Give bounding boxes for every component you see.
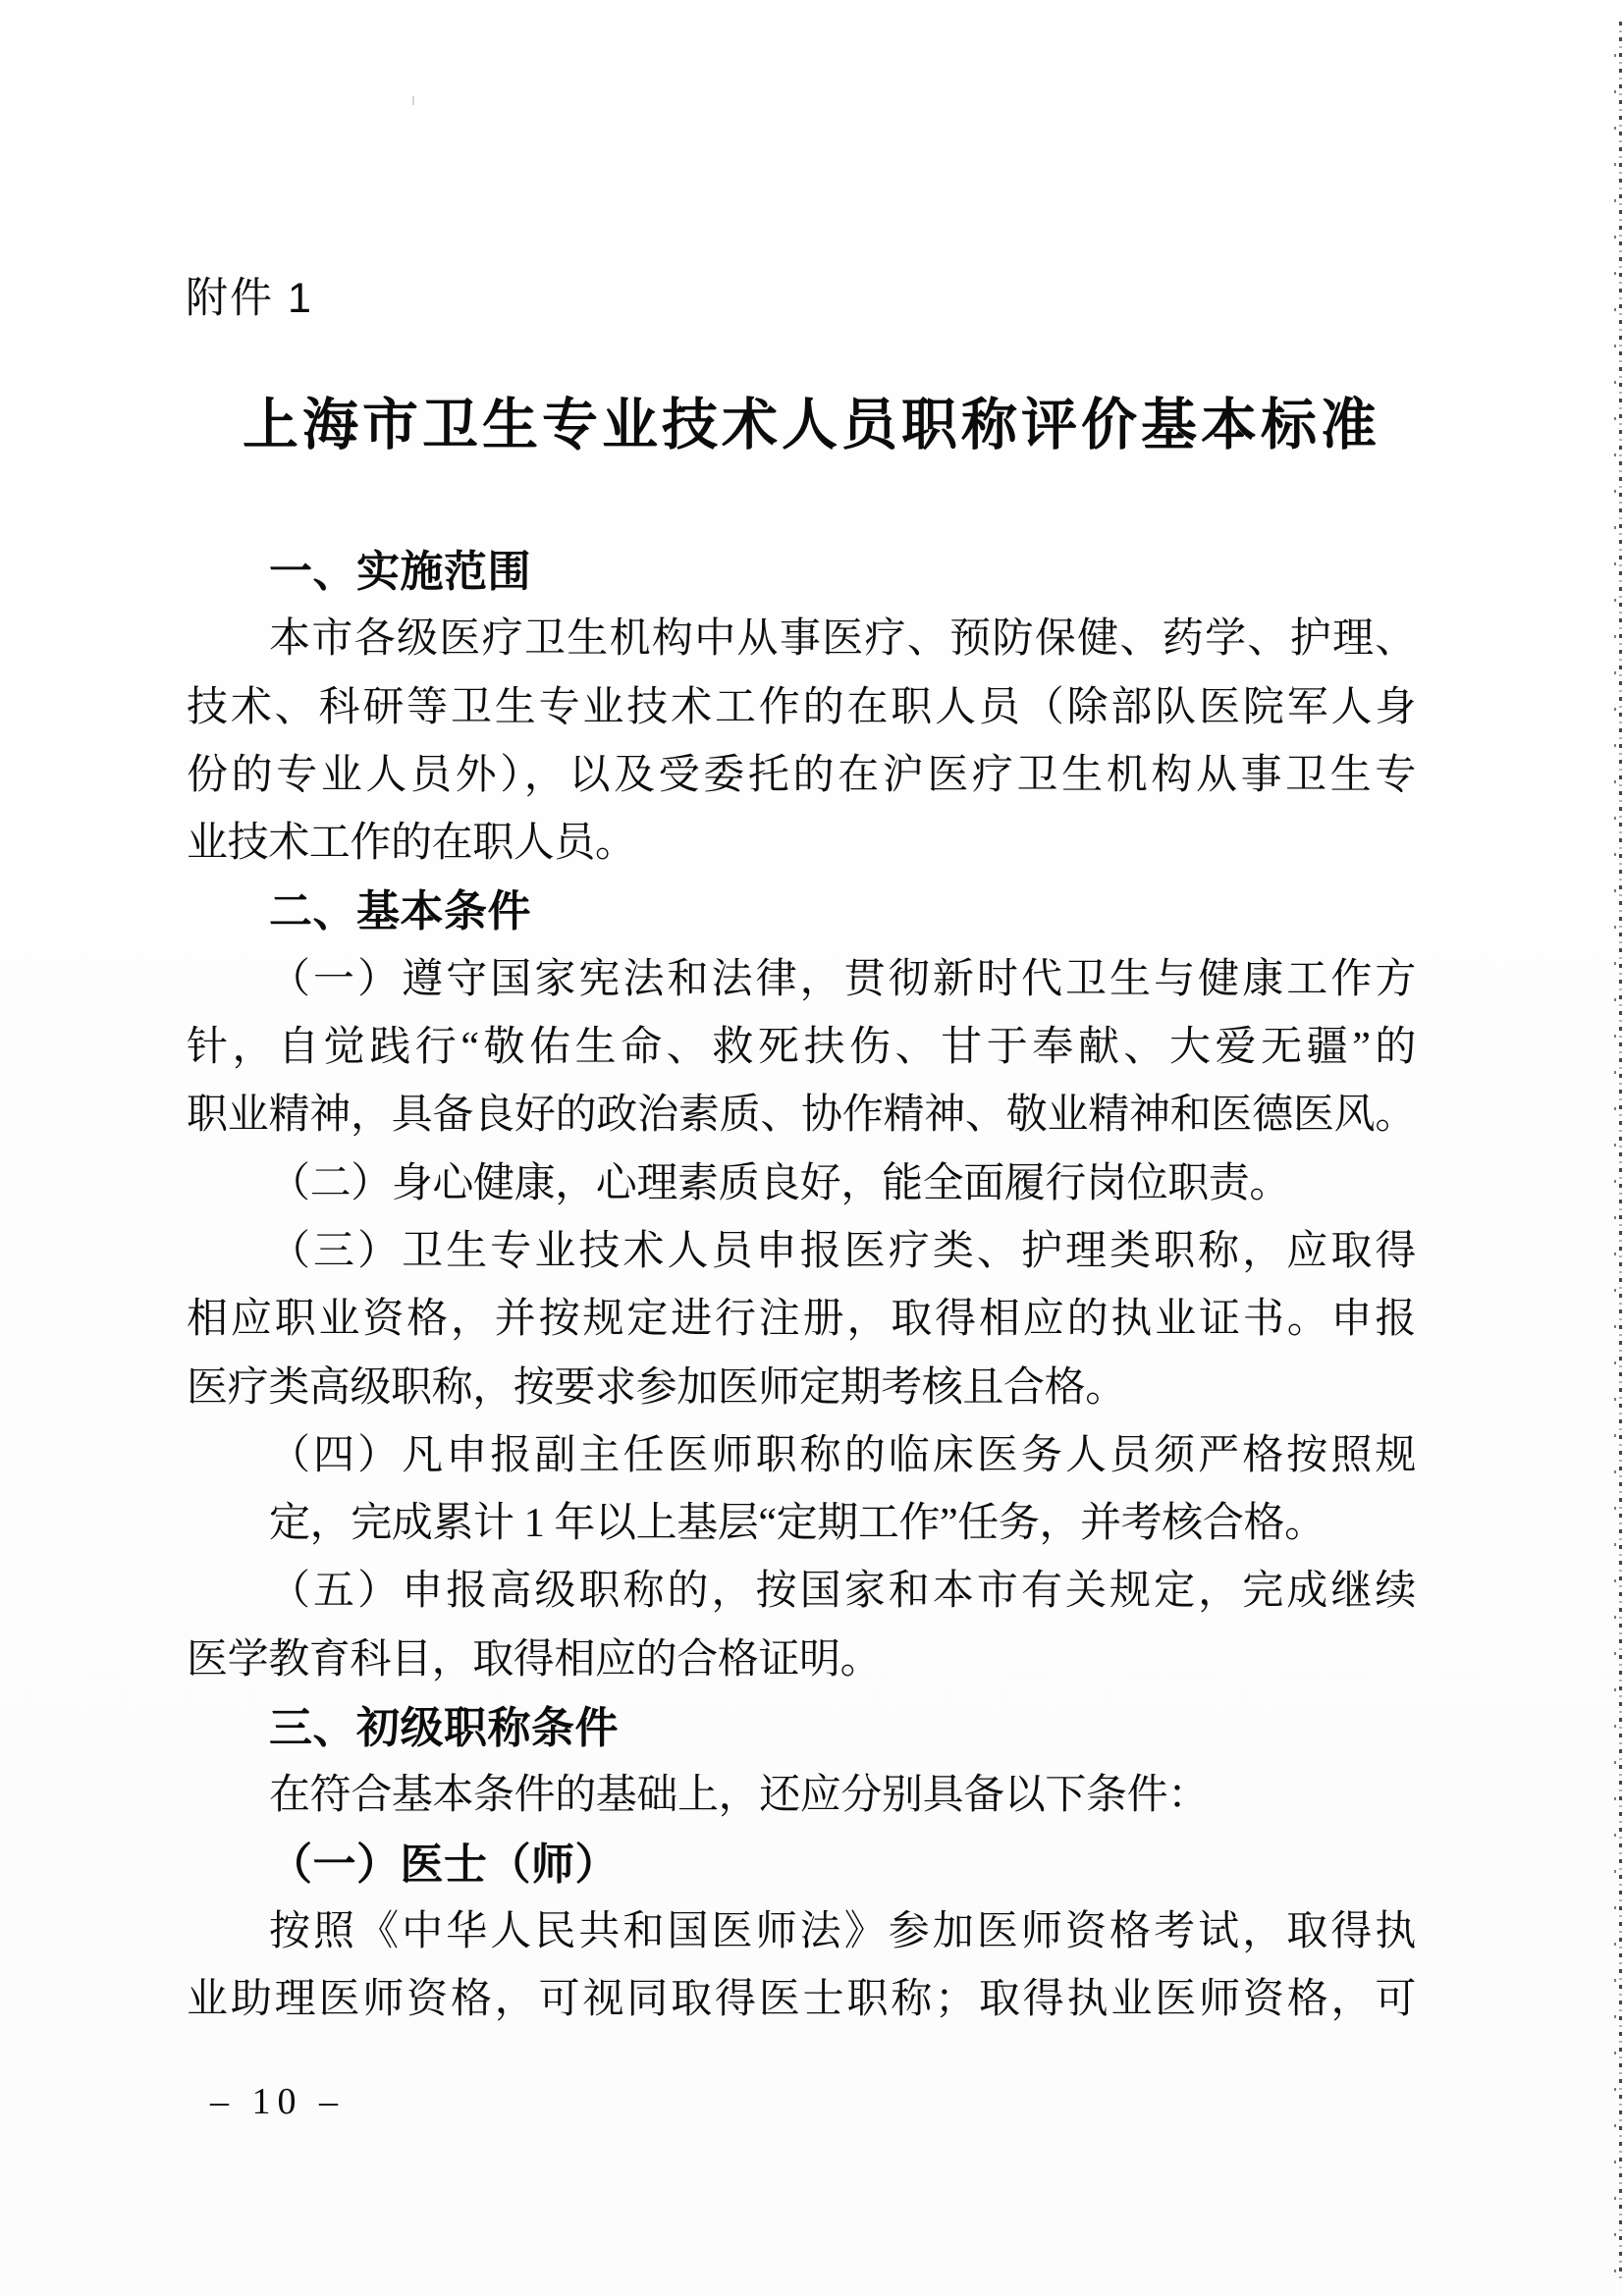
attachment-label: 附件 1 [186, 273, 313, 324]
body-line: 医学教育科目，取得相应的合格证明。 [187, 1627, 1416, 1694]
body-line: 业技术工作的在职人员。 [187, 810, 1416, 878]
section-heading-3: 三、初级职称条件 [187, 1694, 1416, 1762]
body-line: 技术、科研等卫生专业技术工作的在职人员（除部队医院军人身 [187, 674, 1416, 742]
body-line: （三）卫生专业技术人员申报医疗类、护理类职称，应取得 [187, 1218, 1416, 1286]
body-line: （五）申报高级职称的，按国家和本市有关规定，完成继续 [187, 1558, 1416, 1626]
body-line: 本市各级医疗卫生机构中从事医疗、预防保健、药学、护理、 [187, 606, 1416, 673]
section-heading-1: 一、实施范围 [187, 538, 1416, 606]
page-number: – 10 – [210, 2079, 345, 2124]
body-line: 业助理医师资格，可视同取得医士职称；取得执业医师资格，可 [187, 1966, 1416, 2034]
section-heading-2: 二、基本条件 [187, 878, 1416, 945]
scan-speck-artifact [412, 96, 414, 105]
body-line: 职业精神，具备良好的政治素质、协作精神、敬业精神和医德医风。 [187, 1082, 1416, 1149]
body-line: （二）身心健康，心理素质良好，能全面履行岗位职责。 [187, 1150, 1416, 1218]
body-line: 医疗类高级职称，按要求参加医师定期考核且合格。 [187, 1355, 1416, 1422]
body-line: （一）遵守国家宪法和法律，贯彻新时代卫生与健康工作方 [187, 946, 1416, 1014]
sub-heading: （一）医士（师） [187, 1831, 1416, 1898]
body-line: 按照《中华人民共和国医师法》参加医师资格考试，取得执 [187, 1898, 1416, 1966]
scanned-page: 附件 1 上海市卫生专业技术人员职称评价基本标准 一、实施范围 本市各级医疗卫生… [0, 0, 1623, 2296]
body-line: 相应职业资格，并按规定进行注册，取得相应的执业证书。申报 [187, 1286, 1416, 1354]
document-body: 一、实施范围 本市各级医疗卫生机构中从事医疗、预防保健、药学、护理、 技术、科研… [187, 538, 1416, 2035]
body-line: 定，完成累计 1 年以上基层“定期工作”任务，并考核合格。 [187, 1490, 1416, 1558]
body-line: 在符合基本条件的基础上，还应分别具备以下条件： [187, 1762, 1416, 1830]
body-line: 针，自觉践行“敬佑生命、救死扶伤、甘于奉献、大爱无疆”的 [187, 1014, 1416, 1082]
document-title: 上海市卫生专业技术人员职称评价基本标准 [0, 391, 1623, 461]
body-line: （四）凡申报副主任医师职称的临床医务人员须严格按照规 [187, 1422, 1416, 1490]
scan-edge-artifact [1614, 22, 1622, 2279]
body-line: 份的专业人员外），以及受委托的在沪医疗卫生机构从事卫生专 [187, 742, 1416, 810]
